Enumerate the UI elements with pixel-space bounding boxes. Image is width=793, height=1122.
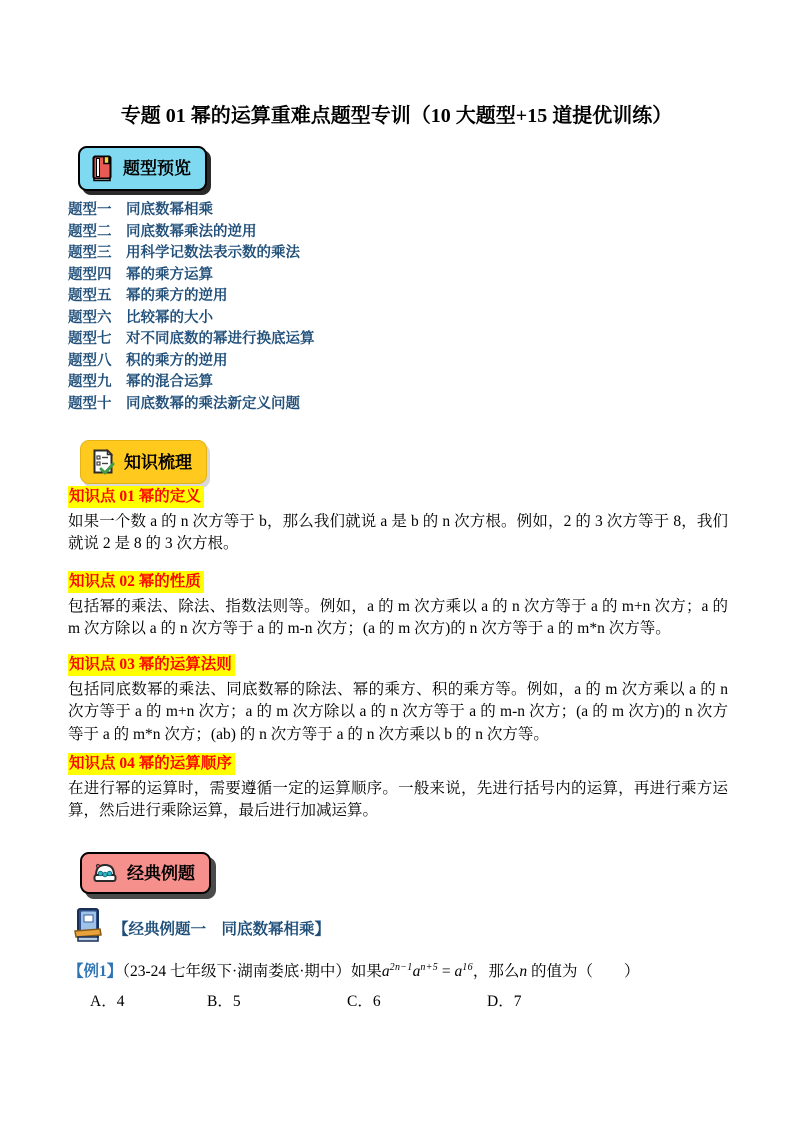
preview-section-badge: 题型预览	[78, 146, 207, 191]
example-1-tag: 【例1】	[68, 963, 122, 980]
knowledge-section-badge: 知识梳理	[80, 440, 207, 484]
topic-item-5: 题型五 幂的乘方的逆用	[68, 286, 728, 308]
formula-equals-sign: =	[438, 963, 455, 980]
abacus-icon	[92, 861, 118, 885]
knowledge-point-01: 知识点 01 幂的定义 如果一个数 a 的 n 次方等于 b，那么我们就说 a …	[68, 486, 728, 556]
preview-badge-label: 题型预览	[123, 160, 191, 177]
topic-item-1: 题型一 同底数幂相乘	[68, 200, 728, 222]
examples-section-badge: 经典例题	[80, 852, 211, 894]
knowledge-badge-label: 知识梳理	[124, 454, 192, 471]
topic-item-4: 题型四 幂的乘方运算	[68, 265, 728, 287]
example-1-text-before: 如果	[351, 963, 382, 980]
knowledge-point-03-body: 包括同底数幂的乘法、同底数幂的除法、幂的乘方、积的乘方等。例如，a 的 m 次方…	[68, 679, 728, 746]
option-b: B．5	[207, 989, 241, 1011]
example-1-question: 【例1】（23-24 七年级下·湖南娄底·期中）如果a2n−1an+5 = a1…	[68, 956, 748, 983]
knowledge-point-02-heading: 知识点 02 幂的性质	[68, 571, 204, 593]
example-1-formula: a2n−1an+5 = a16	[382, 963, 473, 980]
option-a: A．4	[90, 989, 124, 1011]
example-group-heading-label: 【经典例题一 同底数幂相乘】	[113, 917, 330, 939]
topic-item-6: 题型六 比较幂的大小	[68, 308, 728, 330]
formula-exponent-2: n+5	[420, 962, 438, 973]
example-1-text-tail: 的值为（ ）	[527, 963, 639, 980]
checklist-check-icon	[91, 448, 115, 476]
knowledge-point-02: 知识点 02 幂的性质 包括幂的乘法、除法、指数法则等。例如，a 的 m 次方乘…	[68, 571, 728, 641]
example-group-heading: 【经典例题一 同底数幂相乘】	[72, 907, 330, 949]
topic-item-8: 题型八 积的乘方的逆用	[68, 351, 728, 373]
page-title: 专题 01 幂的运算重难点题型专训（10 大题型+15 道提优训练）	[0, 99, 793, 128]
knowledge-point-01-body: 如果一个数 a 的 n 次方等于 b，那么我们就说 a 是 b 的 n 次方根。…	[68, 511, 728, 556]
option-c: C．6	[347, 989, 381, 1011]
knowledge-point-03-heading: 知识点 03 幂的运算法则	[68, 654, 235, 676]
formula-base-1: a	[382, 963, 390, 980]
topic-item-9: 题型九 幂的混合运算	[68, 372, 728, 394]
topic-list: 题型一 同底数幂相乘 题型二 同底数幂乘法的逆用 题型三 用科学记数法表示数的乘…	[68, 200, 728, 415]
example-1-options: A．4 B．5 C．6 D．7	[0, 989, 793, 1011]
blue-book-icon	[72, 907, 103, 949]
knowledge-point-02-body: 包括幂的乘法、除法、指数法则等。例如，a 的 m 次方乘以 a 的 n 次方等于…	[68, 596, 728, 641]
knowledge-point-03: 知识点 03 幂的运算法则 包括同底数幂的乘法、同底数幂的除法、幂的乘方、积的乘…	[68, 654, 728, 746]
formula-exponent-3: 16	[462, 962, 473, 973]
document-page: 专题 01 幂的运算重难点题型专训（10 大题型+15 道提优训练） 题型预览 …	[0, 0, 793, 1122]
option-d: D．7	[487, 989, 521, 1011]
knowledge-point-04: 知识点 04 幂的运算顺序 在进行幂的运算时，需要遵循一定的运算顺序。一般来说，…	[68, 753, 728, 823]
red-book-icon	[90, 155, 114, 182]
example-1-text-after: ，那么	[473, 963, 520, 980]
knowledge-point-04-body: 在进行幂的运算时，需要遵循一定的运算顺序。一般来说，先进行括号内的运算，再进行乘…	[68, 778, 728, 823]
formula-exponent-1: 2n−1	[390, 962, 413, 973]
topic-item-3: 题型三 用科学记数法表示数的乘法	[68, 243, 728, 265]
knowledge-point-04-heading: 知识点 04 幂的运算顺序	[68, 753, 235, 775]
examples-badge-label: 经典例题	[127, 865, 195, 882]
topic-item-7: 题型七 对不同底数的幂进行换底运算	[68, 329, 728, 351]
example-1-source: （23-24 七年级下·湖南娄底·期中）	[122, 963, 351, 980]
knowledge-point-01-heading: 知识点 01 幂的定义	[68, 486, 204, 508]
example-1-variable: n	[519, 963, 527, 980]
topic-item-10: 题型十 同底数幂的乘法新定义问题	[68, 394, 728, 416]
topic-item-2: 题型二 同底数幂乘法的逆用	[68, 222, 728, 244]
